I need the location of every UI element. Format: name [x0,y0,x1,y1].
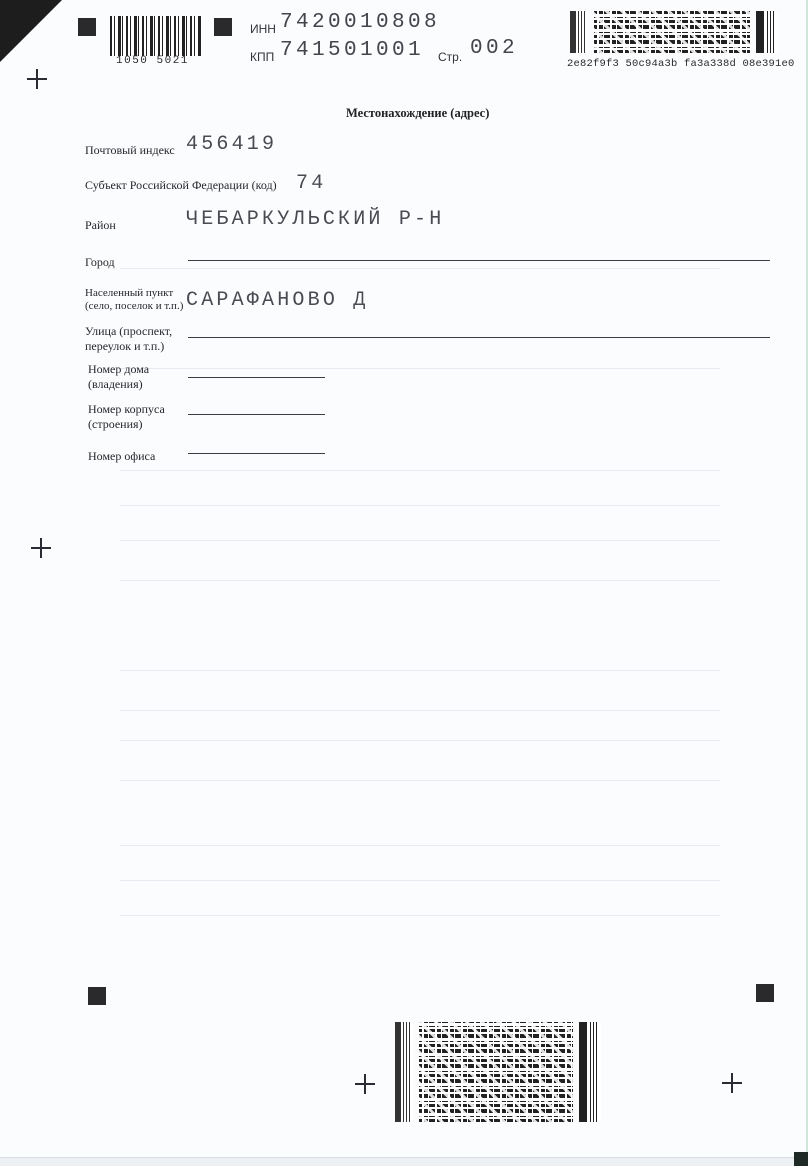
district-label: Район [85,218,116,233]
house-field-line [188,377,325,378]
postal-code-label: Почтовый индекс [85,143,175,158]
city-label: Город [85,255,115,270]
page-number: 002 [470,37,518,60]
street-field-line [188,337,770,338]
document-hash: 2e82f9f3 50c94a3b fa3a338d 08e391e0 [567,58,795,70]
2d-barcode-bottom [395,1022,601,1122]
street-label: Улица (проспект, переулок и т.п.) [85,324,172,354]
region-code-label: Субъект Российской Федерации (код) [85,178,277,193]
locality-label-line1: Населенный пункт [85,287,183,300]
section-title: Местонахождение (адрес) [346,106,489,121]
linear-barcode [110,16,202,56]
registration-cross-icon [355,1074,375,1094]
house-label-line1: Номер дома [88,362,149,377]
registration-cross-icon [722,1073,742,1093]
street-label-line1: Улица (проспект, [85,324,172,339]
2d-barcode-top [570,11,778,53]
city-field-line [188,260,770,261]
page-bottom-edge [0,1157,808,1166]
region-code-value: 74 [296,172,326,195]
alignment-square-icon [756,984,774,1002]
building-label-line2: (строения) [88,417,165,432]
district-value: ЧЕБАРКУЛЬСКИЙ Р-Н [186,208,444,231]
building-label-line1: Номер корпуса [88,402,165,417]
registration-cross-icon [31,538,51,558]
page-bottom-corner [794,1152,808,1166]
barcode-number: 1050 5021 [116,55,189,67]
street-label-line2: переулок и т.п.) [85,339,172,354]
folded-corner [0,0,62,62]
postal-code-value: 456419 [186,133,277,156]
registration-cross-icon [27,69,47,89]
kpp-value: 741501001 [280,39,424,62]
office-label: Номер офиса [88,449,155,464]
page-label: Стр. [438,50,462,64]
locality-label: Населенный пункт (село, поселок и т.п.) [85,287,183,313]
inn-label: ИНН [250,22,276,36]
locality-label-line2: (село, поселок и т.п.) [85,300,183,313]
kpp-label: КПП [250,50,274,64]
locality-value: САРАФАНОВО Д [186,289,368,312]
building-field-line [188,414,325,415]
tax-form-page: 1050 5021 ИНН 7420010808 КПП 741501001 С… [0,0,808,1166]
alignment-square-icon [78,18,96,36]
building-label: Номер корпуса (строения) [88,402,165,432]
house-label-line2: (владения) [88,377,149,392]
alignment-square-icon [88,987,106,1005]
office-field-line [188,453,325,454]
inn-value: 7420010808 [280,11,440,34]
house-label: Номер дома (владения) [88,362,149,392]
alignment-square-icon [214,18,232,36]
